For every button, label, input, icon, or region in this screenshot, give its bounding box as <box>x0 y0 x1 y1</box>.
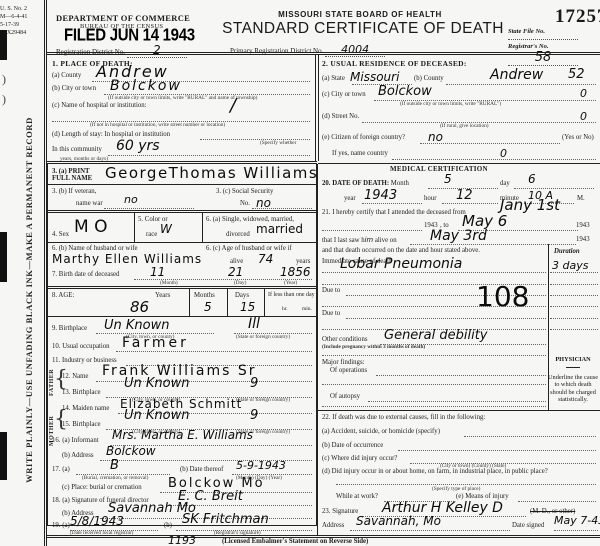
death-day: 6 <box>528 172 536 186</box>
divider <box>47 52 600 55</box>
residence-state: Missouri <box>350 70 399 84</box>
attended-from: Jany 1st <box>500 196 560 214</box>
mother-birthplace-city: Un Known <box>124 408 189 423</box>
burial-method: B <box>110 458 119 473</box>
margin-mark: ) <box>2 92 6 107</box>
informant-name: Mrs. Martha E. Williams <box>112 428 253 442</box>
death-hour: 12 <box>456 188 473 203</box>
veteran-war: no <box>124 193 138 206</box>
death-certificate: U. S. No. 2 M—6-4-41 5-17-39 PI X29484 )… <box>0 0 600 546</box>
medical-heading: MEDICAL CERTIFICATION <box>390 165 488 173</box>
residence-county-extra: 52 <box>568 67 585 82</box>
burial-date: 5-9-1943 <box>236 459 286 472</box>
divider <box>318 55 319 161</box>
last-seen-year: 1943 <box>576 236 590 243</box>
birthplace-state: Ill <box>248 316 260 332</box>
death-hospital: / <box>230 95 236 116</box>
binding-mark <box>0 232 7 282</box>
date-received: 5/8/1943 <box>70 514 124 528</box>
last-seen-alive: May 3rd <box>430 228 487 244</box>
immediate-cause: Lobar Pneumonia <box>340 256 462 272</box>
cause-code: 108 <box>476 280 529 313</box>
attended-to-year: 1943 <box>576 222 590 229</box>
birth-year: 1856 <box>280 265 311 279</box>
race: W <box>160 222 172 236</box>
registrar-signature: SK Fritchman <box>182 512 269 527</box>
informant-address: Bolckow <box>106 444 156 458</box>
sex: M O <box>74 217 107 237</box>
board-name: MISSOURI STATE BOARD OF HEALTH <box>230 10 490 19</box>
community-stay: 60 yrs <box>116 138 160 154</box>
divider <box>315 55 316 161</box>
residence-street: 0 <box>580 110 587 123</box>
residence-city: Bolckow <box>378 84 432 99</box>
other-conditions: General debility <box>384 328 488 343</box>
age-days: 15 <box>240 300 255 314</box>
birth-month: 11 <box>150 265 165 279</box>
duration-heading: Duration <box>554 248 580 255</box>
citizen-foreign: no <box>428 130 443 144</box>
margin-mark: ) <box>2 72 6 87</box>
physician-address: Savannah, Mo <box>356 514 441 528</box>
foreign-country: 0 <box>500 147 507 160</box>
spouse-name: Marthy Ellen Williams <box>52 252 202 266</box>
binding-mark <box>0 432 7 480</box>
social-security: no <box>256 196 271 210</box>
physician-note: Underline the cause to which death shoul… <box>548 374 598 404</box>
father-birthplace-city: Un Known <box>124 376 189 391</box>
certificate-title: STANDARD CERTIFICATE OF DEATH <box>208 20 518 38</box>
registration-district: Registration District No. 2 <box>56 43 187 58</box>
certificate-header: DEPARTMENT OF COMMERCE BUREAU OF THE CEN… <box>50 0 600 52</box>
duration-value: 3 days <box>552 259 588 272</box>
death-month: 5 <box>444 172 452 186</box>
residence-heading: 2. USUAL RESIDENCE OF DECEASED: <box>322 59 467 68</box>
embalmer-note: (Licensed Embalmer's Statement on Revers… <box>222 538 368 545</box>
father-birthplace-state: 9 <box>250 376 258 391</box>
death-city: Bolckow <box>110 78 182 94</box>
mother-birthplace-state: 9 <box>250 408 258 423</box>
file-number: 17257 <box>555 6 600 28</box>
death-year: 1943 <box>364 188 397 203</box>
birthplace-city: Un Known <box>104 318 169 333</box>
spouse-age: 74 <box>258 252 273 266</box>
age-months: 5 <box>204 300 212 314</box>
ink-instruction: WRITE PLAINLY—USE UNFADING BLACK INK—MAK… <box>24 60 34 540</box>
binding-mark <box>0 30 7 60</box>
occupation: Farmer <box>122 335 189 351</box>
department-name: DEPARTMENT OF COMMERCE <box>56 13 190 23</box>
full-name: GeorgeThomas Williams <box>105 164 318 182</box>
physician-heading: PHYSICIAN <box>548 356 598 363</box>
birth-day: 21 <box>228 265 243 279</box>
date-signed: May 7-43 <box>554 514 600 527</box>
embalmer-number: 1193 <box>168 534 196 546</box>
marital-status: married <box>256 222 303 236</box>
state-file-no: State File No. <box>508 28 600 42</box>
registration-district-value: 2 <box>127 43 187 58</box>
residence-county: Andrew <box>490 67 543 83</box>
age-years: 86 <box>130 298 149 316</box>
